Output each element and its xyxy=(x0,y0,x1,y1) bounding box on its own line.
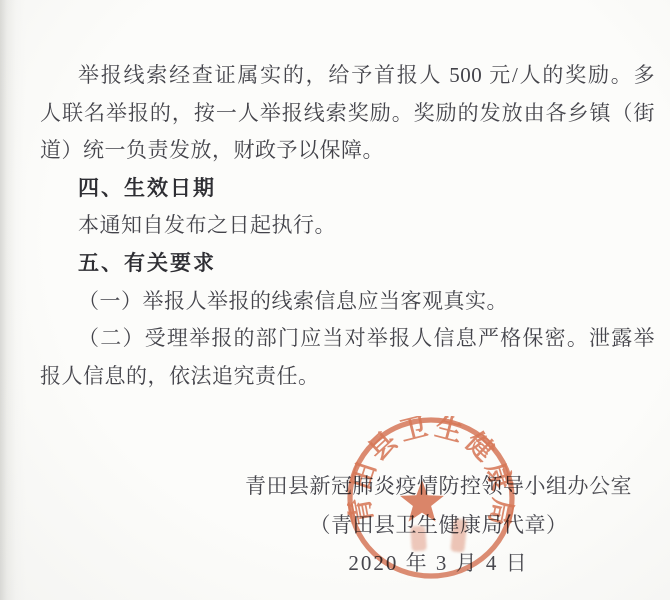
scanned-document-page: 举报线索经查证属实的，给予首报人 500 元/人的奖励。多 人联名举报的，按一人… xyxy=(0,0,670,600)
paragraph-line: （一）举报人举报的线索信息应当客观真实。 xyxy=(40,283,655,321)
paragraph-line: 举报线索经查证属实的，给予首报人 500 元/人的奖励。多 xyxy=(40,57,655,95)
notice-body: 举报线索经查证属实的，给予首报人 500 元/人的奖励。多 人联名举报的，按一人… xyxy=(40,57,655,395)
section-heading-5: 五、有关要求 xyxy=(40,245,655,283)
issue-date: 2020 年 3 月 4 日 xyxy=(245,544,632,583)
signature-block: 青田县新冠肺炎疫情防控领导小组办公室 （青田县卫生健康局代章） 2020 年 3… xyxy=(245,467,632,583)
paragraph-line: （二）受理举报的部门应当对举报人信息严格保密。泄露举 xyxy=(40,320,655,358)
paragraph-line: 报人信息的，依法追究责任。 xyxy=(40,358,655,396)
paragraph-line: 道）统一负责发放，财政予以保障。 xyxy=(40,132,655,170)
issuing-organization: 青田县新冠肺炎疫情防控领导小组办公室 xyxy=(245,467,632,506)
section-heading-4: 四、生效日期 xyxy=(40,170,655,208)
paragraph-line: 本通知自发布之日起执行。 xyxy=(40,207,655,245)
paragraph-line: 人联名举报的，按一人举报线索奖励。奖励的发放由各乡镇（街 xyxy=(40,95,655,133)
seal-on-behalf-note: （青田县卫生健康局代章） xyxy=(245,506,632,545)
